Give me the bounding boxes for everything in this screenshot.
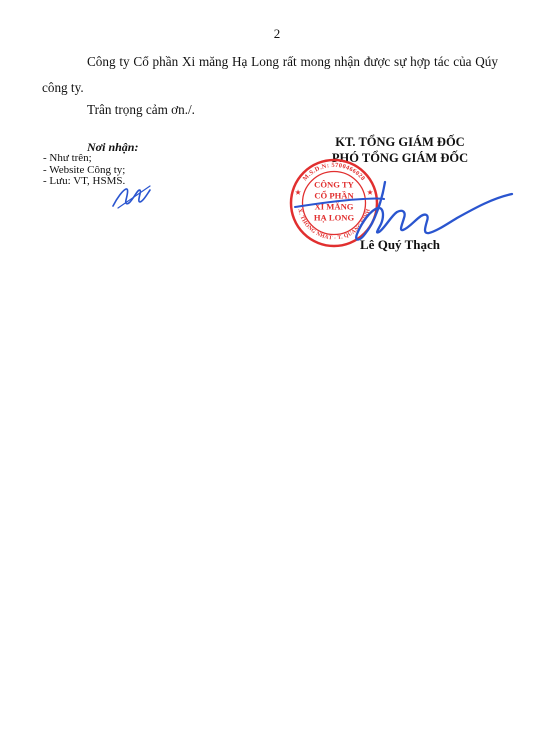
star-icon: ★	[295, 189, 302, 197]
body-paragraph-2: Trân trọng cảm ơn./.	[42, 97, 498, 123]
recipient-item: - Như trên;	[43, 153, 125, 165]
stamp-center-line: XI MĂNG	[315, 202, 354, 212]
body-paragraph-1: Công ty Cổ phần Xi măng Hạ Long rất mong…	[42, 49, 498, 101]
recipients-heading: Nơi nhận:	[87, 140, 138, 154]
page-number: 2	[42, 26, 512, 42]
recipient-item: - Lưu: VT, HSMS.	[43, 176, 125, 188]
company-seal-stamp: M.S.D.N: 5700466028 X. THỐNG NHẤT - T. Q…	[288, 157, 380, 249]
signature-title-line1: KT. TỔNG GIÁM ĐỐC	[300, 135, 500, 151]
document-page: 2 Công ty Cổ phần Xi măng Hạ Long rất mo…	[0, 0, 534, 751]
stamp-center-line: HẠ LONG	[314, 213, 355, 223]
stamp-center-line: CÔNG TY	[314, 180, 355, 190]
star-icon: ★	[367, 189, 374, 197]
signer-name: Lê Quý Thạch	[310, 237, 490, 253]
stamp-center-line: CỔ PHẦN	[314, 191, 354, 201]
recipients-list: - Như trên; - Website Công ty; - Lưu: VT…	[43, 153, 125, 188]
